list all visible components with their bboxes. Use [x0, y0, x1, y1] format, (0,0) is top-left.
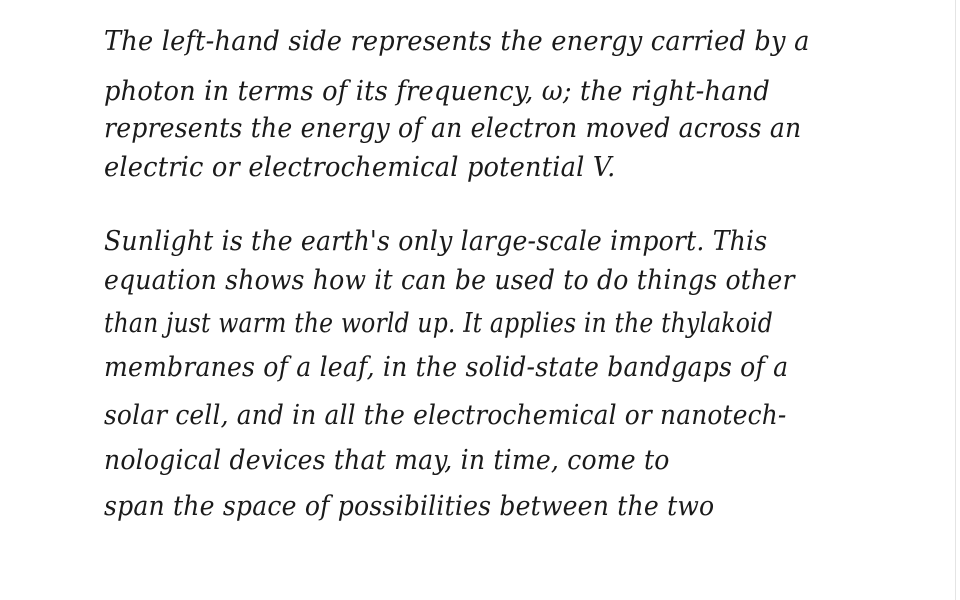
text-line: equation shows how it can be used to do … [104, 265, 795, 296]
handwritten-page: The left-hand side represents the energy… [0, 0, 960, 600]
text-line: Sunlight is the earth's only large-scale… [104, 226, 767, 257]
text-line: photon in terms of its frequency, ω; the… [104, 76, 770, 107]
text-line: represents the energy of an electron mov… [104, 113, 801, 144]
text-line: than just warm the world up. It applies … [104, 308, 773, 339]
text-line: nological devices that may, in time, com… [104, 445, 670, 476]
text-line: electric or electrochemical potential V. [104, 152, 615, 183]
text-line: solar cell, and in all the electrochemic… [104, 400, 786, 431]
text-line: span the space of possibilities between … [104, 491, 714, 522]
page-edge-divider [955, 0, 956, 600]
text-line: The left-hand side represents the energy… [104, 26, 810, 57]
text-line: membranes of a leaf, in the solid-state … [104, 352, 788, 383]
